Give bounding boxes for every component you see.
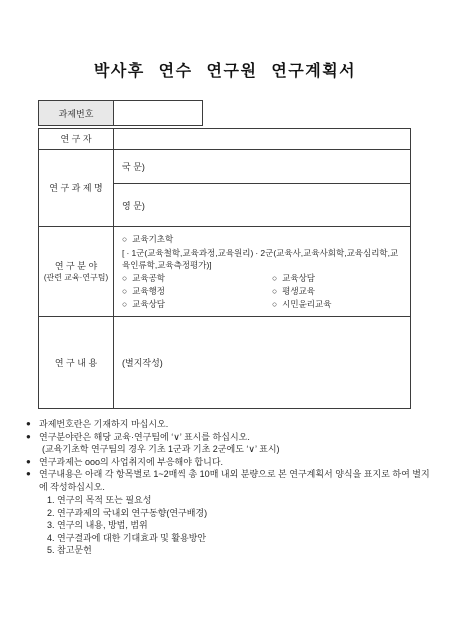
bullet-icon: ● [26,456,39,469]
project-title-cells: 국 문) 영 문) [114,150,410,226]
row-researcher: 연 구 자 [39,129,410,149]
radio-icon: ○ [272,285,277,298]
korean-title-cell: 국 문) [114,150,410,184]
task-number-value [114,101,202,125]
note-subitem: (교육기초학 연구팀의 경우 기초 1군과 기초 2군에도 ‘∨’ 표시) [26,443,432,456]
bullet-spacer [26,443,39,456]
radio-icon: ○ [122,233,127,246]
row-research-content: 연 구 내 용 (별지작성) [39,316,410,408]
option-label: 시민윤리교육 [282,299,331,309]
note-item: ● 연구분야란은 해당 교육·연구팀에 ‘∨’ 표시를 하십시오. [26,431,432,444]
option-item: ○교육상담 [122,298,272,311]
task-number-label: 과제번호 [39,101,114,125]
note-item: ● 과제번호란은 기재하지 마십시오. [26,418,432,431]
option-item: ○교육상담 [272,272,402,285]
content-items-list: 1. 연구의 목적 또는 필요성 2. 연구과제의 국내외 연구동향(연구배경)… [47,494,432,557]
content-item: 3. 연구의 내용, 방법, 범위 [47,519,432,532]
radio-icon: ○ [272,272,277,285]
researcher-value [114,129,410,149]
main-form-table: 연 구 자 연 구 과 제 명 국 문) 영 문) [38,128,411,409]
page-title: 박사후 연수 연구원 연구계획서 [0,0,450,81]
bullet-icon: ● [26,431,39,444]
option-label: 교육상담 [282,273,315,283]
note-text: 과제번호란은 기재하지 마십시오. [39,418,432,431]
research-field-options: ○교육기초학 [ ∙ 1군(교육철학,교육과정,교육원리) ∙ 2군(교육사,교… [114,227,410,316]
option-label: 교육행정 [132,286,165,296]
research-field-label: 연 구 분 야 (관련 교육·연구팀) [39,227,114,316]
content-item: 4. 연구결과에 대한 기대효과 및 활용방안 [47,532,432,545]
radio-icon: ○ [272,298,277,311]
option-label: 교육공학 [132,273,165,283]
note-text: 연구내용은 아래 각 항목별로 1~2매씩 총 10매 내외 분량으로 본 연구… [39,468,432,493]
research-field-label-main: 연 구 분 야 [55,260,97,272]
option-label: 교육상담 [132,299,165,309]
option-item: ○평생교육 [272,285,402,298]
content-item: 2. 연구과제의 국내외 연구동향(연구배경) [47,507,432,520]
option-item: ○교육공학 [122,272,272,285]
research-content-value: (별지작성) [114,317,410,408]
option-basic-label: 교육기초학 [132,234,173,244]
options-grid: ○교육공학 ○교육상담 ○교육행정 ○평생교육 ○교육상담 [122,272,402,311]
option-item: ○교육행정 [122,285,272,298]
form-area: 과제번호 연 구 자 연 구 과 제 명 국 문) 영 문) [38,100,411,409]
note-text: 연구과제는 ooo의 사업취지에 부응해야 합니다. [39,456,432,469]
content-item: 5. 참고문헌 [47,544,432,557]
research-content-label: 연 구 내 용 [39,317,114,408]
english-title-label: 영 문) [122,199,145,212]
content-item: 1. 연구의 목적 또는 필요성 [47,494,432,507]
option-basic: ○교육기초학 [122,233,402,246]
row-project-title: 연 구 과 제 명 국 문) 영 문) [39,149,410,226]
row-research-field: 연 구 분 야 (관련 교육·연구팀) ○교육기초학 [ ∙ 1군(교육철학,교… [39,226,410,316]
research-field-label-sub: (관련 교육·연구팀) [44,272,108,284]
korean-title-label: 국 문) [122,160,145,173]
radio-icon: ○ [122,272,127,285]
group-note: [ ∙ 1군(교육철학,교육과정,교육원리) ∙ 2군(교육사,교육사회학,교육… [122,247,402,271]
project-title-label: 연 구 과 제 명 [39,150,114,226]
bullet-icon: ● [26,468,39,493]
researcher-label: 연 구 자 [39,129,114,149]
note-text: 연구분야란은 해당 교육·연구팀에 ‘∨’ 표시를 하십시오. [39,431,432,444]
option-label: 평생교육 [282,286,315,296]
notes-section: ● 과제번호란은 기재하지 마십시오. ● 연구분야란은 해당 교육·연구팀에 … [26,418,432,557]
note-item: ● 연구과제는 ooo의 사업취지에 부응해야 합니다. [26,456,432,469]
document-page: 박사후 연수 연구원 연구계획서 과제번호 연 구 자 연 구 과 제 명 국 … [0,0,450,636]
radio-icon: ○ [122,285,127,298]
bullet-icon: ● [26,418,39,431]
radio-icon: ○ [122,298,127,311]
option-item: ○시민윤리교육 [272,298,402,311]
note-subtext: (교육기초학 연구팀의 경우 기초 1군과 기초 2군에도 ‘∨’ 표시) [42,443,432,456]
note-item: ● 연구내용은 아래 각 항목별로 1~2매씩 총 10매 내외 분량으로 본 … [26,468,432,493]
english-title-cell: 영 문) [114,184,410,226]
task-number-table: 과제번호 [38,100,203,126]
